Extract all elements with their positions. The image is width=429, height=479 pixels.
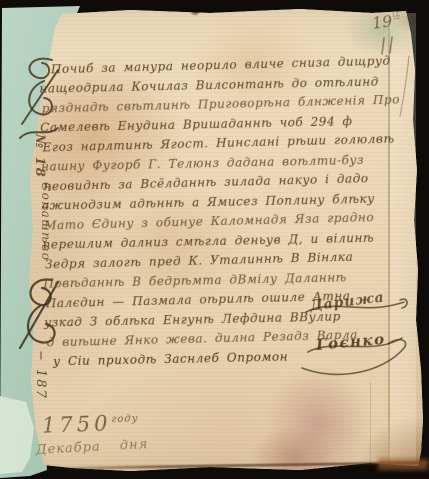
date-year-suffix: году: [111, 413, 139, 425]
folio-number: 19½: [371, 10, 402, 33]
ink-spot: [191, 6, 199, 14]
folio-slash-mark-icon: [400, 56, 409, 116]
fold-crease-secondary: [370, 382, 371, 464]
manuscript-scan-photo: 19½ № 18 Єопашѣво − 187 Почиб за манура …: [0, 0, 429, 479]
signature-swash-icon: [292, 290, 414, 380]
bottom-right-ink-smear: [378, 459, 428, 470]
date-year: 1750году: [42, 410, 139, 437]
folio-number-sup: ½: [391, 12, 401, 23]
date-year-value: 1750: [42, 411, 112, 437]
